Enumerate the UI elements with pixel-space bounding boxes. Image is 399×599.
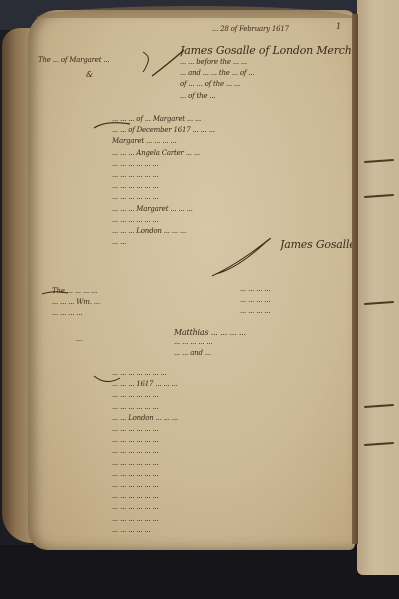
heading-line: Matthias ... ... ... ... [174,328,352,337]
entry-3-heading: Matthias ... ... ... ... ... ... ... ...… [174,328,352,359]
header-date: ... 28 of February 1617 [212,24,322,35]
entry-line: ... ... ... ... ... ... [112,181,352,192]
entry-line: ... ... ... of ... Margaret ... ... [112,114,352,125]
entry-line: ... ... of December 1617 ... ... ... [112,125,352,136]
entry-line: ... ... ... ... ... ... ... [112,368,352,379]
entry-3-right-note: ... ... ... ... ... ... ... ... ... ... … [240,284,352,318]
entry-2-text: ... ... ... of ... Margaret ... ... ... … [112,114,352,248]
facing-page [357,0,399,575]
entry-line: ... ... ... ... ... ... [112,215,352,226]
entry-line: ... ... ... Margaret ... ... ... [112,204,352,215]
entry-line: ... ... ... ... ... ... [112,170,352,181]
entry-line: ... ... ... ... ... ... [112,491,352,502]
book-gutter [352,14,358,544]
right-note-line: ... ... ... ... [240,284,352,295]
entry-line: ... ... ... ... ... ... [112,435,352,446]
entry-line: ... ... ... ... ... ... [112,469,352,480]
margin-note-line: The ... ... ... ... [52,286,168,297]
heading-line: ... ... and ... [174,348,352,359]
signature: James Gosalle [280,238,352,251]
entry-3-margin-note: The ... ... ... ... ... ... ... Wm. ... … [52,286,168,320]
entry-line: ... ... ... ... ... ... [112,458,352,469]
right-note-line: ... ... ... ... [240,306,352,317]
entry-line: ... ... ... ... ... [112,525,352,536]
entry-line: ... ... ... ... ... ... [112,192,352,203]
margin-mark: & [86,70,93,79]
margin-mark: ... [76,334,82,345]
margin-note-line: ... ... ... Wm. ... [52,297,168,308]
entry-1-text: James Gosalle of London Merchant ... mad… [180,44,352,102]
heading-line: ... ... ... ... ... [174,337,352,348]
entry-line: ... ... ... Angela Carter ... ... [112,148,352,159]
entry-line: ... ... ... ... ... ... [112,446,352,457]
entry-line: ... ... ... ... ... ... [112,514,352,525]
entry-line: ... ... ... ... ... ... [112,402,352,413]
entry-line: James Gosalle of London Merchant ... mad… [180,44,352,57]
entry-line: ... and ... ... the ... of ... [180,68,352,79]
folio-number: 1 [336,22,341,31]
margin-note-line: ... ... ... ... [52,308,168,319]
entry-line: ... ... ... ... ... ... [112,390,352,401]
entry-line: ... ... ... ... ... ... [112,502,352,513]
entry-line: ... of the ... [180,91,352,102]
entry-line: ... ... ... ... ... ... [112,424,352,435]
entry-line: ... ... before the ... ... [180,57,352,68]
margin-note: The ... of Margaret ... [38,55,143,66]
entry-line: ... ... ... ... ... ... [112,480,352,491]
entry-line: ... ... London ... ... ... [112,413,352,424]
entry-line: ... ... ... 1617 ... ... ... [112,379,352,390]
entry-line: Margaret ... ... ... ... [112,136,352,147]
entry-line: ... ... ... ... ... ... [112,159,352,170]
background-bottom [0,545,399,599]
entry-3-text: ... ... ... ... ... ... ... ... ... ... … [112,368,352,536]
entry-line: of ... ... of the ... ... [180,79,352,90]
signature-flourish [208,234,278,280]
right-note-line: ... ... ... ... [240,295,352,306]
